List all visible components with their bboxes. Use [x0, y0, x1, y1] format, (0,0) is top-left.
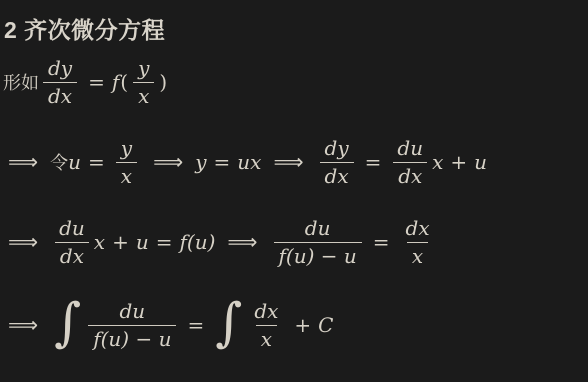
implies-arrow-icon: ⟹: [153, 150, 183, 174]
fraction-denominator: x: [407, 242, 428, 268]
implies-arrow-icon: ⟹: [8, 150, 38, 174]
variable-u: u: [474, 150, 487, 174]
fraction-denominator: dx: [320, 162, 354, 188]
fraction-numerator: y: [116, 137, 137, 162]
fraction-denominator: x: [133, 82, 154, 108]
integral-sign-icon: ∫: [215, 300, 242, 347]
equals-sign: =: [149, 230, 180, 254]
plus-sign: +: [287, 313, 318, 337]
fraction-numerator: dy: [43, 57, 77, 82]
implies-arrow-icon: ⟹: [227, 230, 257, 254]
fraction-denominator: dx: [55, 242, 89, 268]
fraction-du-dx: du dx: [54, 217, 90, 268]
fraction-du-over-fu-minus-u: du f(u) − u: [88, 300, 176, 351]
fraction-numerator: du: [114, 300, 150, 325]
equals-sign: =: [180, 313, 211, 337]
integral-sign-icon: ∫: [54, 300, 81, 347]
term-ux: ux: [237, 150, 261, 174]
fraction-numerator: y: [133, 57, 154, 82]
fraction-dx-x: dx x: [401, 217, 435, 268]
variable-x: x: [94, 230, 105, 254]
plus-sign: +: [105, 230, 136, 254]
formula-line-2: ⟹ 令 u = y x ⟹ y = ux ⟹ dy dx = du dx x +…: [3, 131, 584, 193]
formula-line-4: ⟹ ∫ du f(u) − u = ∫ dx x + C: [3, 289, 584, 361]
fraction-denominator: x: [116, 162, 137, 188]
fraction-numerator: du: [54, 217, 90, 242]
fraction-y-x: y x: [133, 57, 154, 108]
variable-y: y: [195, 150, 206, 174]
equals-sign: =: [207, 150, 238, 174]
let-text: 令: [50, 149, 68, 175]
close-paren: ): [158, 70, 168, 94]
equals-sign: =: [81, 150, 112, 174]
fraction-du-over-fu-minus-u: du f(u) − u: [274, 217, 362, 268]
fraction-numerator: du: [300, 217, 336, 242]
fraction-denominator: dx: [43, 82, 77, 108]
constant-C: C: [318, 313, 333, 337]
open-paren: (: [119, 70, 129, 94]
fraction-numerator: dx: [249, 300, 283, 325]
plus-sign: +: [443, 150, 474, 174]
fraction-denominator: f(u) − u: [274, 242, 362, 268]
fraction-du-dx: du dx: [392, 137, 428, 188]
formula-line-3: ⟹ du dx x + u = f(u) ⟹ du f(u) − u = dx …: [3, 211, 584, 273]
fraction-dy-dx: dy dx: [43, 57, 77, 108]
fraction-numerator: du: [392, 137, 428, 162]
equals-sign: =: [366, 230, 397, 254]
term-f-of-u: f(u): [180, 230, 216, 254]
formula-line-1: 形如 dy dx = f ( y x ): [3, 51, 584, 113]
variable-x: x: [432, 150, 443, 174]
equals-sign: =: [358, 150, 389, 174]
fraction-numerator: dx: [401, 217, 435, 242]
fraction-denominator: x: [256, 325, 277, 351]
implies-arrow-icon: ⟹: [8, 230, 38, 254]
fraction-denominator: dx: [393, 162, 427, 188]
fraction-numerator: dy: [320, 137, 354, 162]
fraction-dx-x: dx x: [249, 300, 283, 351]
implies-arrow-icon: ⟹: [8, 313, 38, 337]
fraction-y-x: y x: [116, 137, 137, 188]
function-name: f: [112, 70, 119, 94]
fraction-denominator: f(u) − u: [88, 325, 176, 351]
variable-u: u: [68, 150, 81, 174]
implies-arrow-icon: ⟹: [273, 150, 303, 174]
formula-prefix-text: 形如: [3, 69, 39, 95]
fraction-dy-dx: dy dx: [320, 137, 354, 188]
equals-sign: =: [81, 70, 112, 94]
variable-u: u: [136, 230, 149, 254]
section-heading: 2 齐次微分方程: [4, 12, 584, 45]
document: 2 齐次微分方程 形如 dy dx = f ( y x ) ⟹ 令 u = y …: [0, 0, 588, 361]
